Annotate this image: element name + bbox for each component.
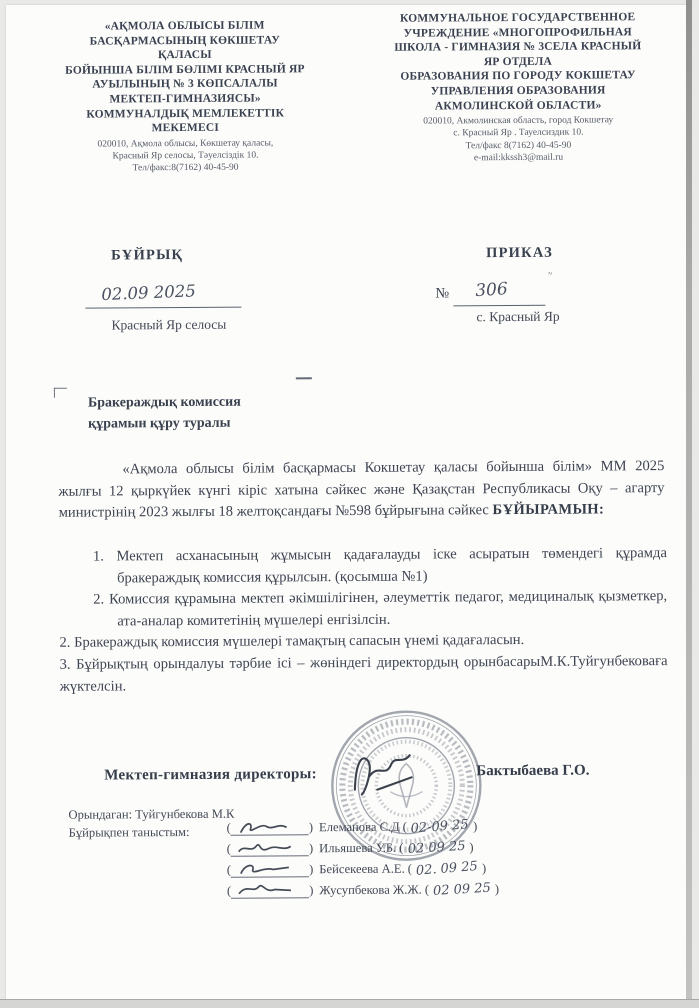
order-items: 1. Мектеп асханасының жұмысын қадағалауд…: [59, 543, 668, 698]
org-address-kk: 020010, Ақмола облысы, Көкшетау қаласы, …: [20, 137, 350, 176]
dash-mark: [296, 377, 312, 379]
order-item-4: 3. Бұйрықтың орындалуы тәрбие ісі – жөні…: [60, 651, 668, 698]
letterhead-russian: КОММУНАЛЬНОЕ ГОСУДАРСТВЕННОЕ УЧРЕЖДЕНИЕ …: [353, 10, 684, 165]
subject-block: Бракераждық комиссия құрамын құру туралы: [88, 393, 241, 435]
number-sign: №: [435, 285, 449, 302]
acquainted-row: ( ) Бейсекеева А.Е. ( 02. 09 25 ): [227, 861, 486, 878]
signature-stroke: [231, 883, 309, 898]
handwritten-date: 02.09 2025: [101, 281, 196, 304]
order-heading-ru: ПРИКАЗ: [486, 245, 553, 262]
pen-tick-mark: ”: [546, 270, 553, 282]
letterhead-kazakh: «АҚМОЛА ОБЛЫСЫ БІЛІМ БАСҚАРМАСЫНЫҢ КӨКШЕ…: [20, 18, 351, 176]
paren: ): [309, 841, 313, 856]
handwritten-date: 02-09 25: [410, 817, 469, 836]
acquainted-label: Бұйрықпен таныстым:: [69, 825, 190, 841]
paren: (: [403, 820, 407, 835]
acquainted-row: ( ) Ильяшева У.Б. ( 02 09 25 ): [227, 840, 474, 857]
resolve-word: БҰЙЫРАМЫН:: [492, 502, 604, 519]
order-item-1: 1. Мектеп асханасының жұмысын қадағалауд…: [93, 543, 667, 590]
handwritten-date: 02 09 25: [433, 881, 492, 899]
signature-stroke: [231, 820, 309, 835]
place-kk: Красный Яр селосы: [111, 317, 226, 334]
paren: ): [469, 840, 473, 855]
paren: (: [399, 841, 403, 856]
org-address-ru: 020010, Акмолинская область, город Кокше…: [353, 114, 683, 165]
place-ru: с. Красный Яр: [476, 309, 559, 326]
acquainted-row: ( ) Елеманова С.Д ( 02-09 25 ): [227, 819, 478, 836]
org-name-kk: «АҚМОЛА ОБЛЫСЫ БІЛІМ БАСҚАРМАСЫНЫҢ КӨКШЕ…: [20, 18, 351, 137]
paren: ): [309, 862, 313, 877]
corner-crop-mark: [54, 388, 67, 398]
order-heading-kk: БҰЙРЫҚ: [111, 247, 183, 264]
scanned-order-document: «АҚМОЛА ОБЛЫСЫ БІЛІМ БАСҚАРМАСЫНЫҢ КӨКШЕ…: [0, 0, 699, 1008]
acquainted-row: ( ) Жусупбекова Ж.Ж. ( 02 09 25 ): [227, 882, 499, 899]
executor-line: Орындаган: Туйгунбекова М.К: [68, 807, 234, 823]
paren: ): [495, 882, 499, 897]
signature-stroke: [231, 841, 309, 856]
order-preamble: «Ақмола облысы білім басқармасы Кокшетау…: [58, 456, 664, 524]
paren: ): [482, 861, 486, 876]
order-item-2: 2. Комиссия құрамына мектеп әкімшілігіне…: [93, 586, 667, 633]
paren: ): [309, 820, 313, 835]
director-name: Бактыбаева Г.О.: [476, 763, 589, 781]
acquainted-name: Бейсекеева А.Е.: [319, 862, 405, 878]
paren: ): [473, 819, 477, 834]
acquainted-name: Ильяшева У.Б.: [319, 841, 396, 856]
paren: ): [309, 883, 313, 898]
paren: (: [425, 883, 429, 898]
subject-line-2: құрамын құру туралы: [88, 413, 241, 434]
document-content: «АҚМОЛА ОБЛЫСЫ БІЛІМ БАСҚАРМАСЫНЫҢ КӨКШЕ…: [0, 0, 699, 1008]
handwritten-date: 02 09 25: [407, 839, 466, 857]
paren: (: [408, 862, 412, 877]
handwritten-number: 306: [475, 279, 509, 301]
handwritten-date: 02. 09 25: [415, 859, 478, 879]
date-line: 02.09 2025: [85, 283, 241, 309]
director-label: Мектеп-гимназия директоры:: [104, 766, 317, 784]
org-name-ru: КОММУНАЛЬНОЕ ГОСУДАРСТВЕННОЕ УЧРЕЖДЕНИЕ …: [353, 10, 684, 114]
acquainted-name: Жусупбекова Ж.Ж.: [319, 883, 422, 899]
subject-line-1: Бракераждық комиссия: [88, 393, 241, 414]
signature-stroke: [231, 862, 309, 877]
number-line: 306: [453, 280, 545, 307]
acquainted-name: Елеманова С.Д: [319, 820, 400, 835]
